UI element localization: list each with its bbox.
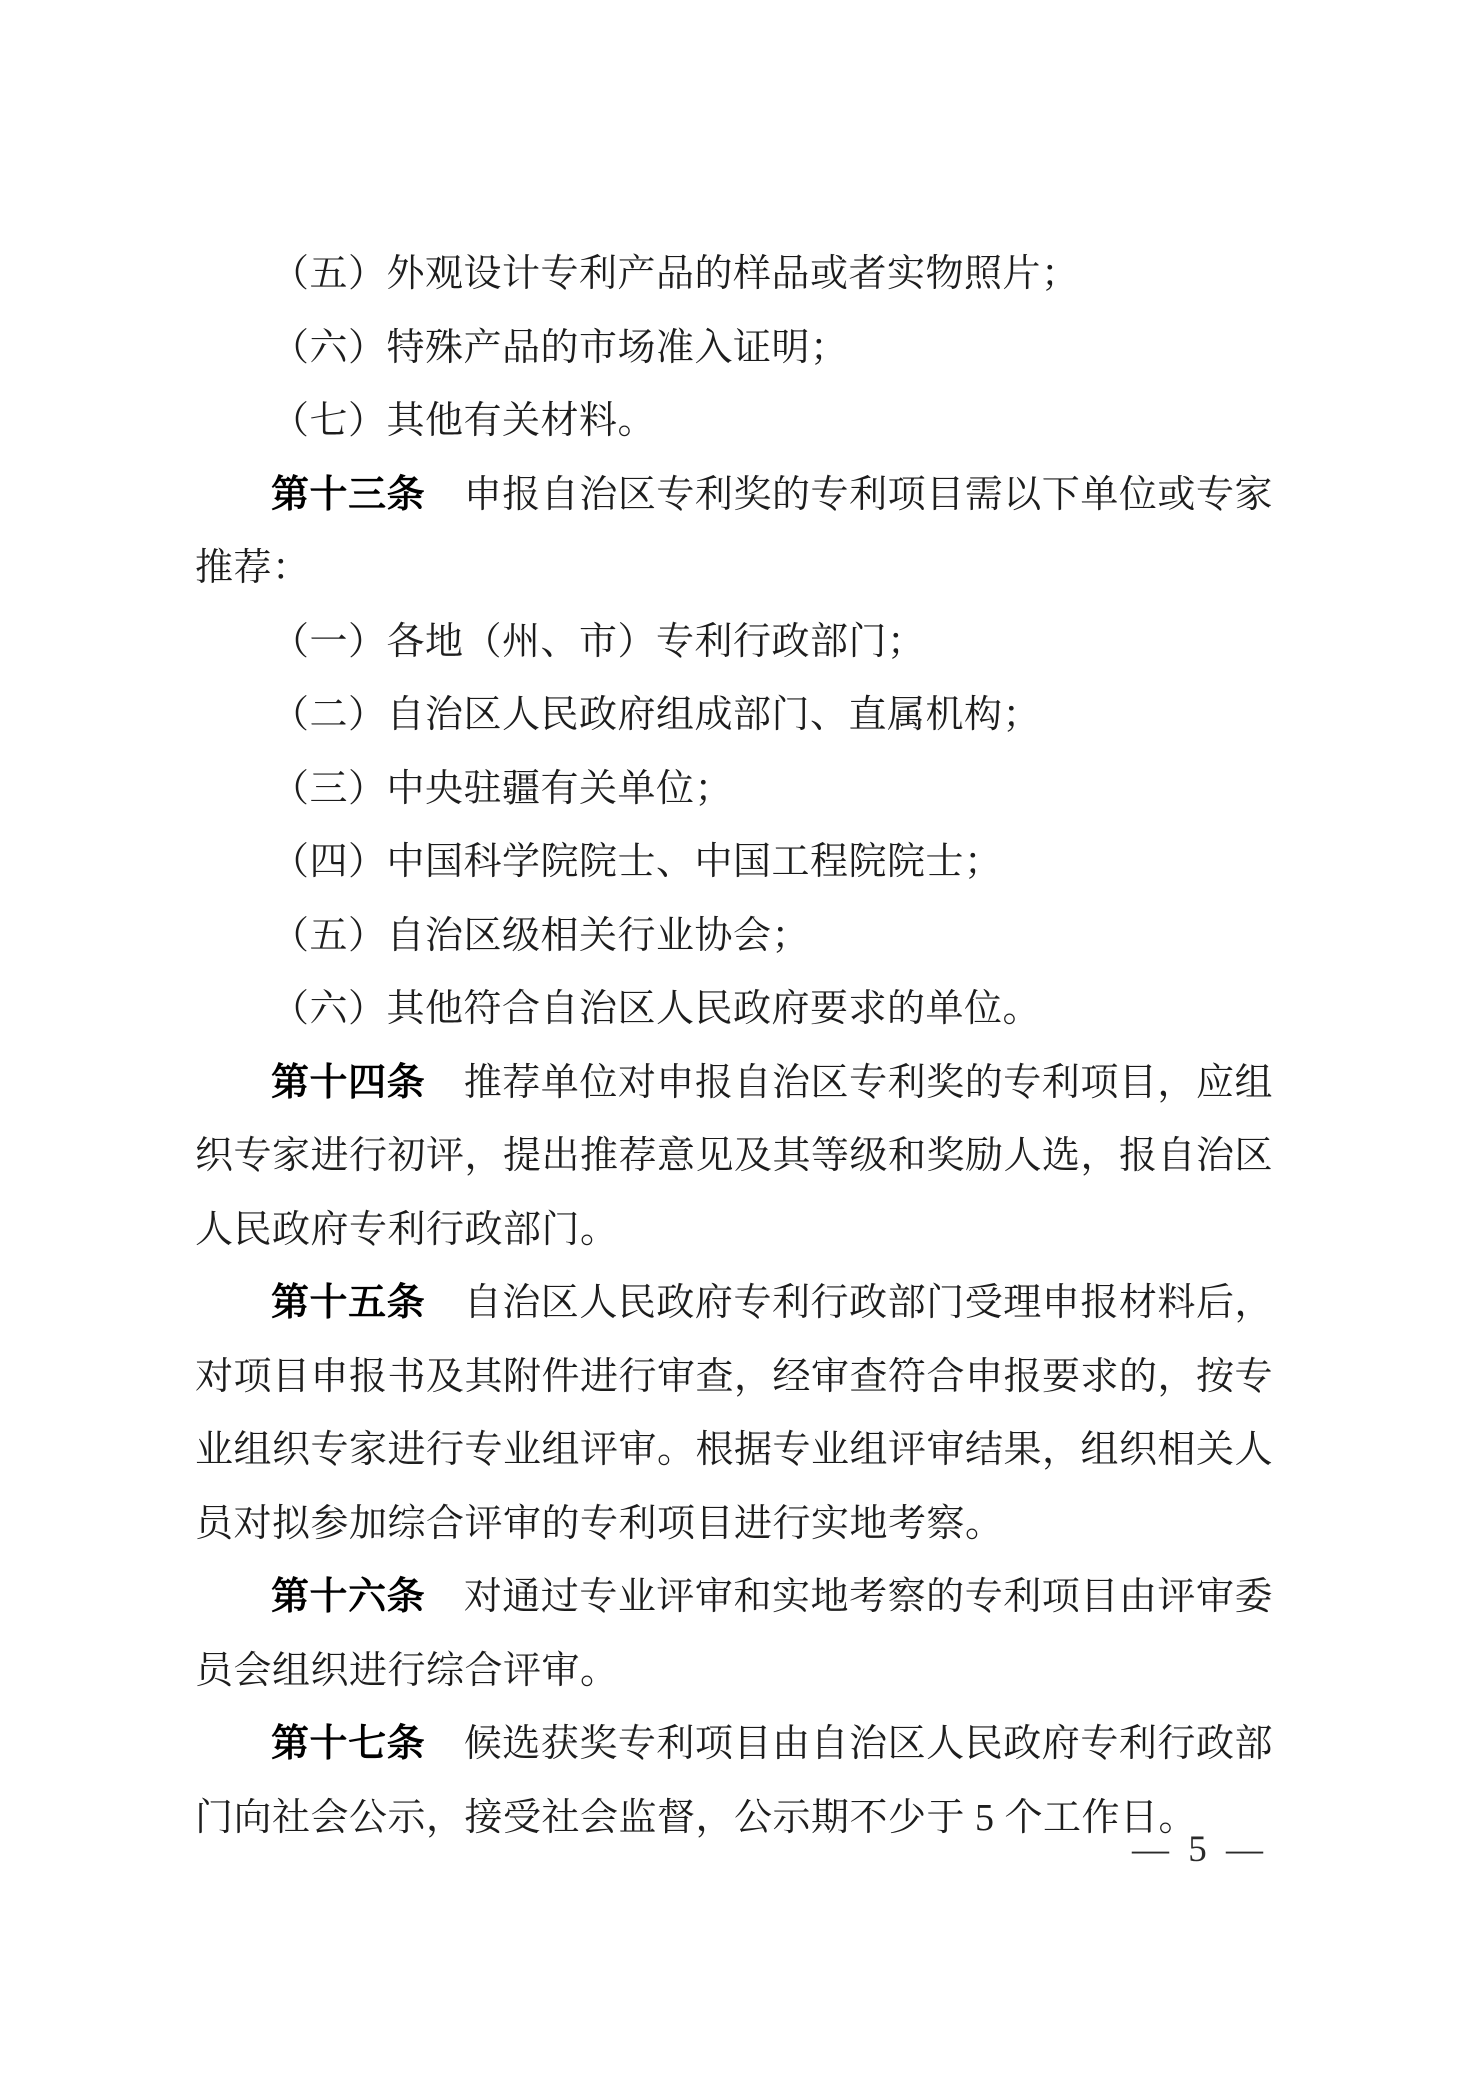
paragraph: （一）各地（州、市）专利行政部门； (195, 606, 1273, 680)
paragraph: （四）中国科学院院士、中国工程院院士； (195, 826, 1273, 900)
page-number: — 5 — (1132, 1828, 1263, 1872)
paragraph: （五）自治区级相关行业协会； (195, 900, 1273, 974)
document-body: （五）外观设计专利产品的样品或者实物照片； （六）特殊产品的市场准入证明； （七… (195, 238, 1273, 1855)
paragraph-text: （六）其他符合自治区人民政府要求的单位。 (271, 988, 1041, 1030)
paragraph-text: （六）特殊产品的市场准入证明； (271, 327, 849, 369)
paragraph-article-14: 第十四条 推荐单位对申报自治区专利奖的专利项目，应组织专家进行初评，提出推荐意见… (195, 1047, 1273, 1268)
paragraph-text: （五）自治区级相关行业协会； (271, 915, 810, 957)
paragraph-text: （四）中国科学院院士、中国工程院院士； (271, 841, 1003, 883)
paragraph-text: （七）其他有关材料。 (271, 400, 656, 442)
paragraph-text: （五）外观设计专利产品的样品或者实物照片； (271, 253, 1080, 295)
paragraph-text: （一）各地（州、市）专利行政部门； (271, 621, 926, 663)
paragraph: （五）外观设计专利产品的样品或者实物照片； (195, 238, 1273, 312)
paragraph: （六）特殊产品的市场准入证明； (195, 312, 1273, 386)
article-number: 第十三条 (271, 474, 464, 516)
paragraph-article-15: 第十五条 自治区人民政府专利行政部门受理申报材料后，对项目申报书及其附件进行审查… (195, 1267, 1273, 1561)
article-number: 第十六条 (271, 1576, 464, 1618)
document-page: （五）外观设计专利产品的样品或者实物照片； （六）特殊产品的市场准入证明； （七… (0, 0, 1469, 2078)
paragraph-article-16: 第十六条 对通过专业评审和实地考察的专利项目由评审委员会组织进行综合评审。 (195, 1561, 1273, 1708)
paragraph: （七）其他有关材料。 (195, 385, 1273, 459)
paragraph: （三）中央驻疆有关单位； (195, 753, 1273, 827)
article-number: 第十五条 (271, 1282, 464, 1324)
article-number: 第十七条 (271, 1723, 464, 1765)
paragraph-text: （二）自治区人民政府组成部门、直属机构； (271, 694, 1041, 736)
paragraph-article-13: 第十三条 申报自治区专利奖的专利项目需以下单位或专家推荐： (195, 459, 1273, 606)
paragraph-article-17: 第十七条 候选获奖专利项目由自治区人民政府专利行政部门向社会公示，接受社会监督，… (195, 1708, 1273, 1855)
paragraph-text: （三）中央驻疆有关单位； (271, 768, 733, 810)
paragraph: （六）其他符合自治区人民政府要求的单位。 (195, 973, 1273, 1047)
article-number: 第十四条 (271, 1062, 464, 1104)
paragraph: （二）自治区人民政府组成部门、直属机构； (195, 679, 1273, 753)
